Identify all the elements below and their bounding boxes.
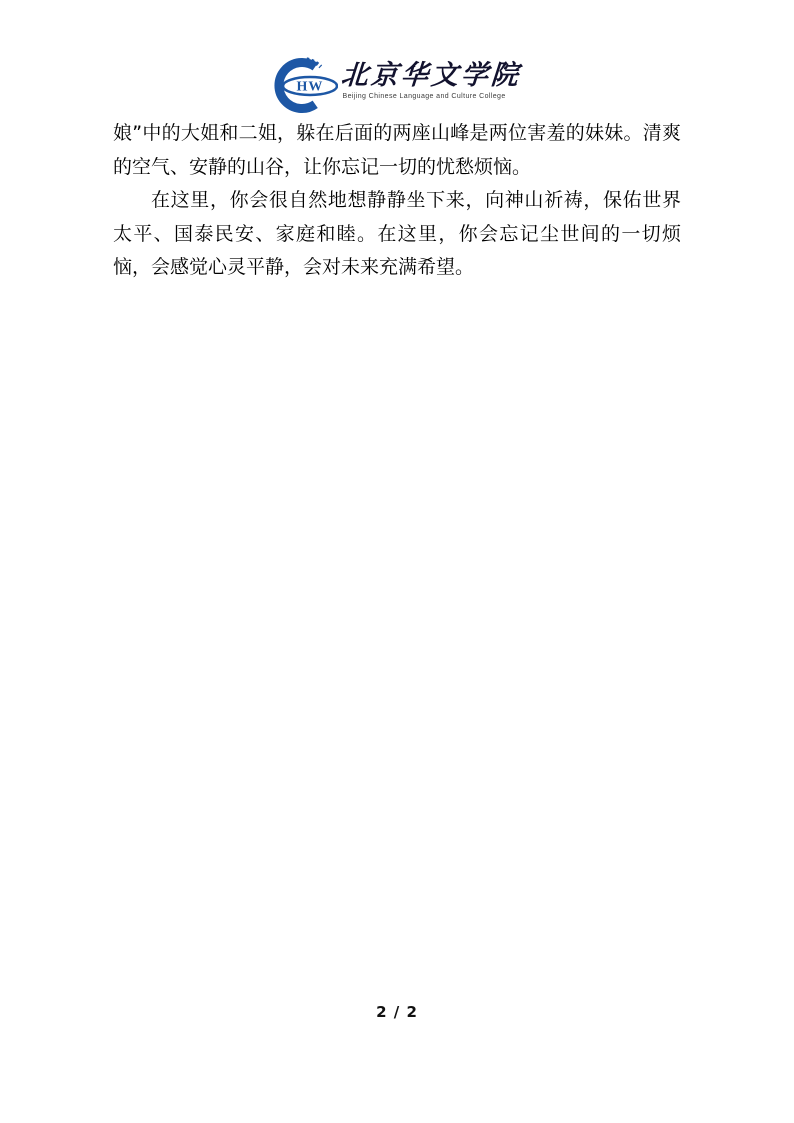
college-logo: HW 北京华文学院 Beijing Chinese Language and C… (0, 56, 794, 114)
paragraph-continuation: 娘”中的大姐和二姐，躲在后面的两座山峰是两位害羞的妹妹。清爽的空气、安静的山谷，… (113, 117, 681, 184)
document-body: 娘”中的大姐和二姐，躲在后面的两座山峰是两位害羞的妹妹。清爽的空气、安静的山谷，… (113, 117, 681, 285)
college-name-chinese: 北京华文学院 (339, 60, 521, 91)
page-footer: 2 / 2 (0, 1002, 794, 1021)
college-name-english: Beijing Chinese Language and Culture Col… (343, 92, 521, 101)
logo-oval-letters: HW (296, 80, 323, 95)
page-number: 2 / 2 (376, 1003, 418, 1021)
college-logo-text: 北京华文学院 Beijing Chinese Language and Cult… (341, 60, 521, 101)
paragraph-second: 在这里，你会很自然地想静静坐下来，向神山祈祷，保佑世界太平、国泰民安、家庭和睦。… (113, 184, 681, 285)
document-page: HW 北京华文学院 Beijing Chinese Language and C… (0, 0, 794, 1123)
college-logo-icon: HW (274, 56, 338, 114)
